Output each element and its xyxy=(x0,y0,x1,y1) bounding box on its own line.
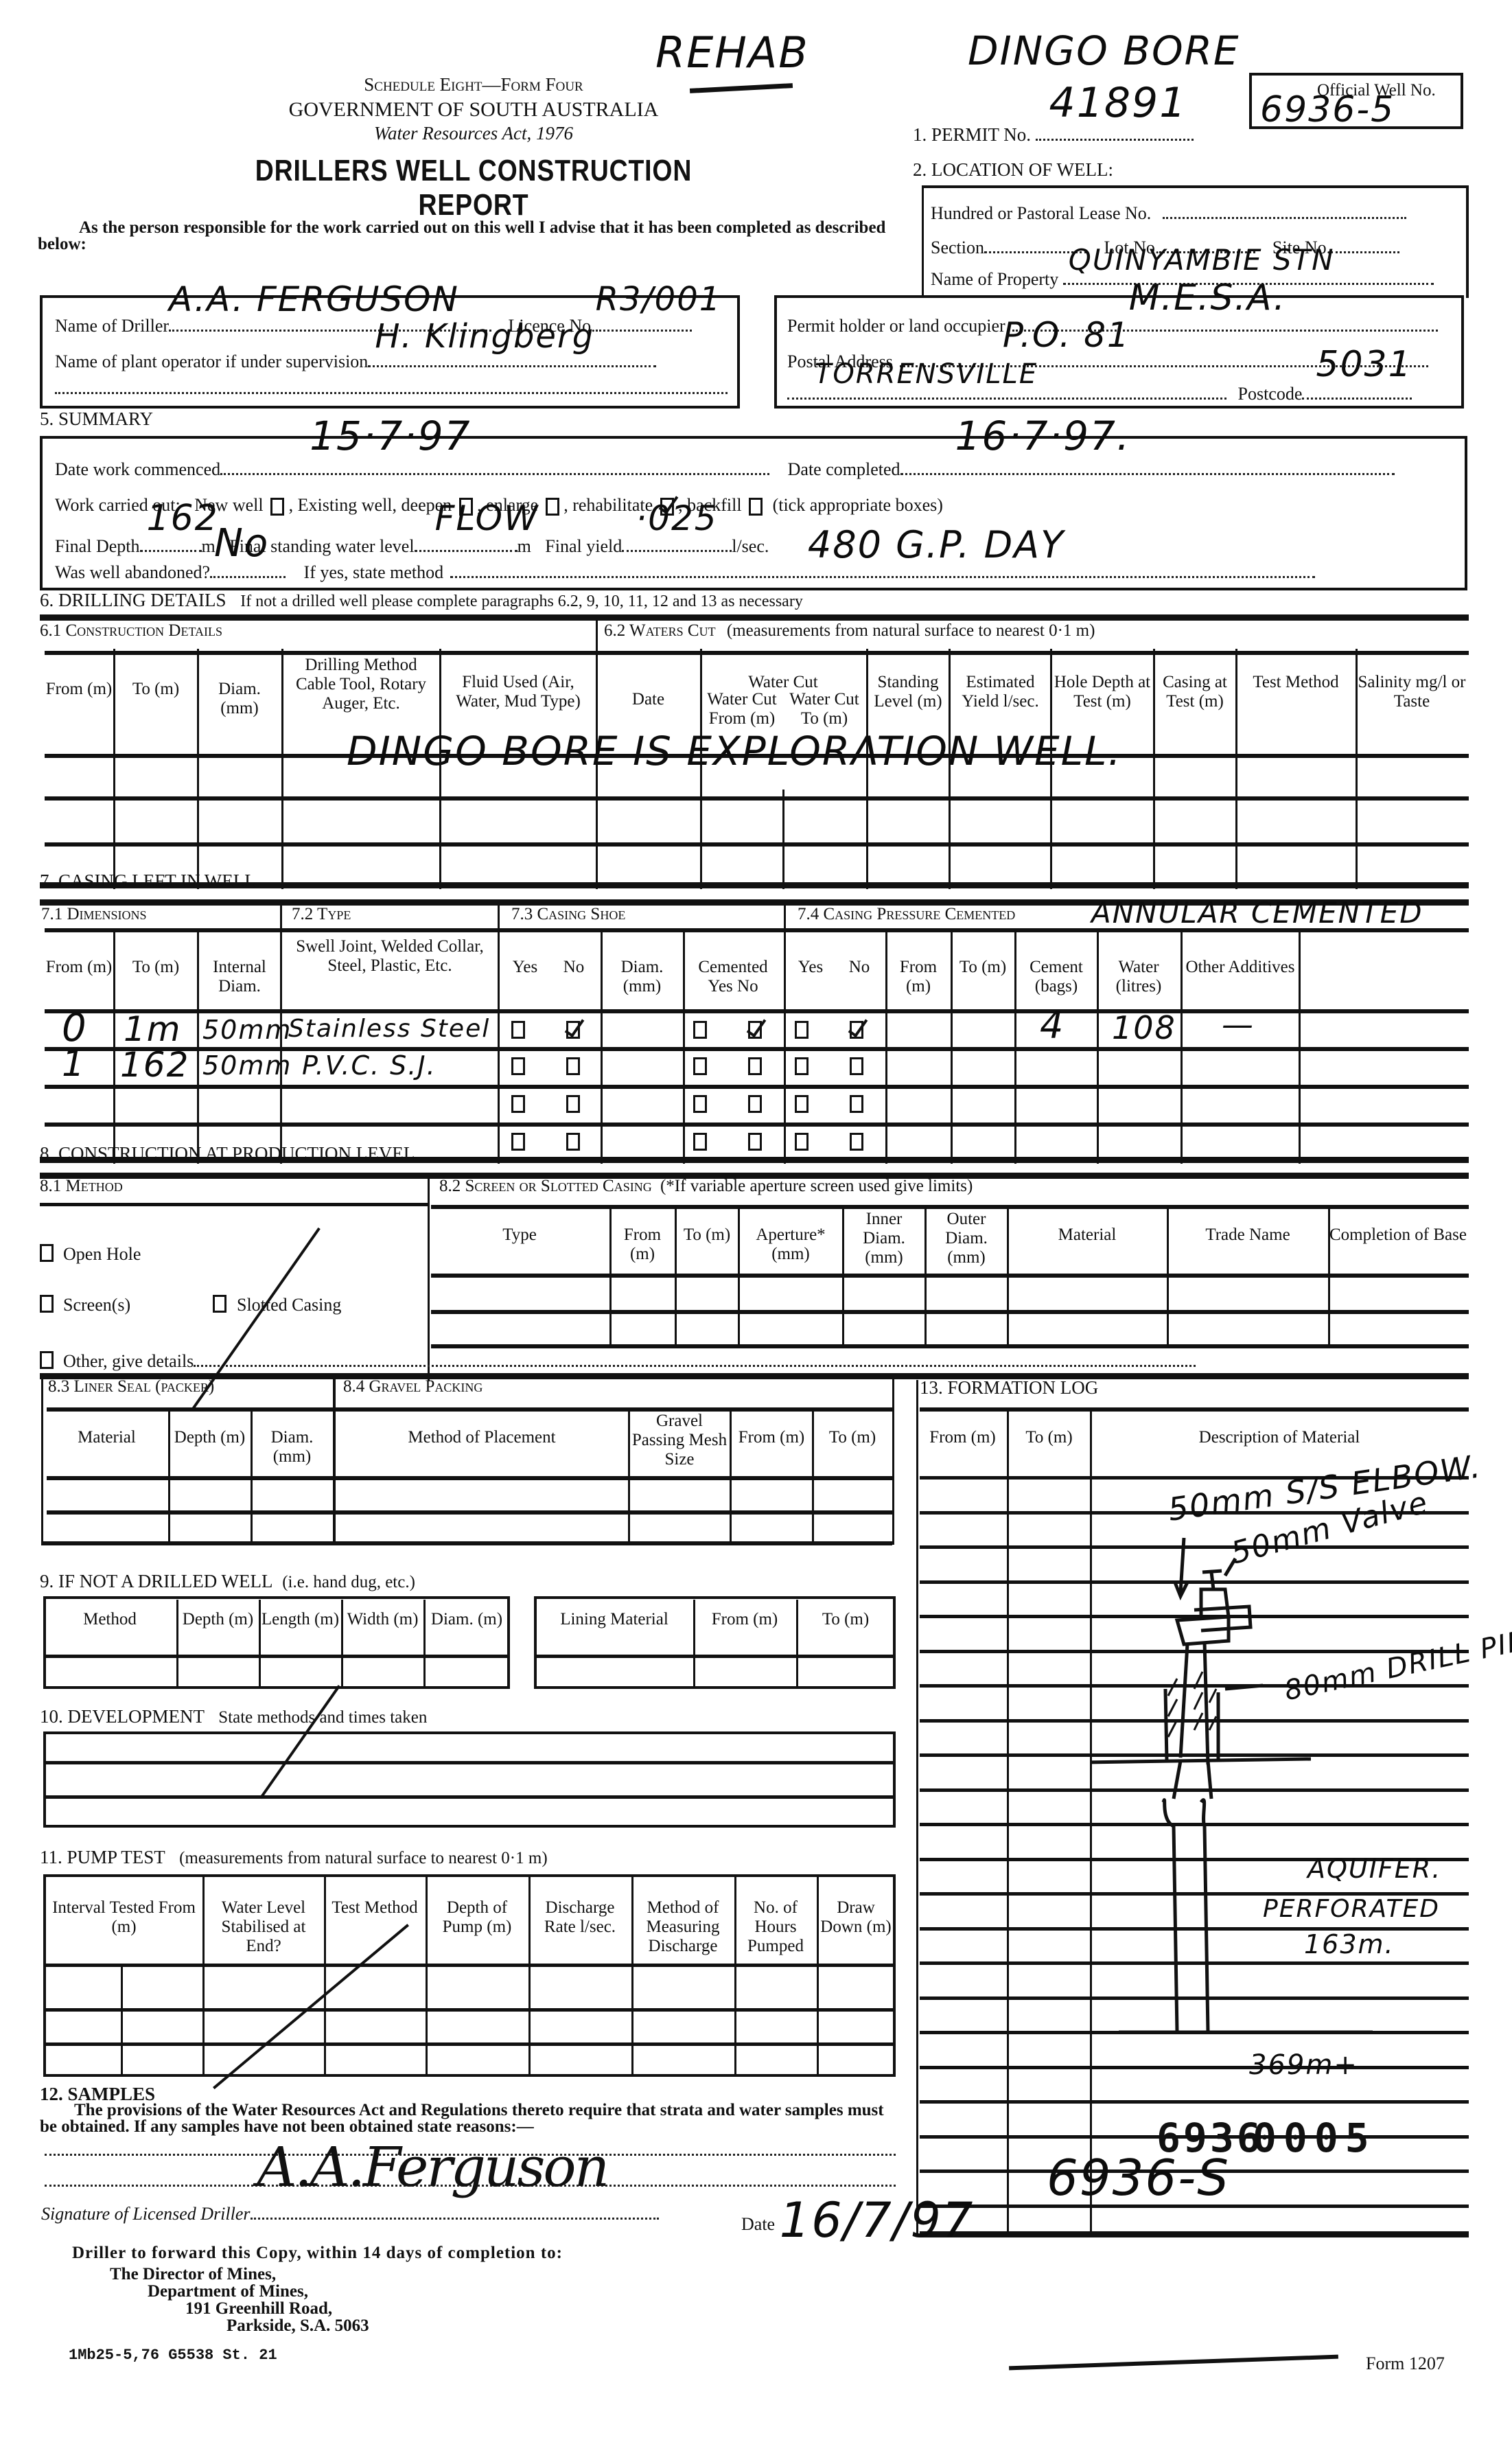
shoe-yes-r4[interactable] xyxy=(511,1133,525,1151)
casing-col-from: From (m) xyxy=(45,958,113,977)
liner-title: 8.3 Liner Seal (packer) xyxy=(48,1377,214,1396)
permit-holder-box: Permit holder or land occupier M.E.S.A. … xyxy=(774,295,1464,408)
dimensions-title: 7.1 Dimensions xyxy=(41,905,147,924)
casing-col-internal-diam: Internal Diam. xyxy=(199,958,280,996)
gravel-title: 8.4 Gravel Packing xyxy=(343,1377,482,1396)
pressure-col-to: To (m) xyxy=(952,958,1014,977)
formation-col-description: Description of Material xyxy=(1091,1428,1467,1447)
pressure-yes-r4[interactable] xyxy=(795,1133,809,1151)
signature-date-field[interactable]: Date 16/7/97 xyxy=(741,2204,974,2234)
cemented-no-r3[interactable] xyxy=(748,1095,762,1113)
commenced-field[interactable]: Date work commenced 15·7·97 Date complet… xyxy=(55,459,1395,479)
col-drilling-method: Drilling Method Cable Tool, Rotary Auger… xyxy=(285,656,437,713)
casing-row1-diam: 50mm xyxy=(202,1015,292,1045)
pressure-title: 7.4 Casing Pressure Cemented xyxy=(798,905,1015,924)
pressure-no-r2[interactable] xyxy=(850,1057,863,1075)
completed-value: 16·7·97. xyxy=(955,426,1131,446)
print-code: 1Mb25-5,76 G5538 St. 21 xyxy=(69,2347,277,2364)
shoe-yes-r2[interactable] xyxy=(511,1057,525,1075)
gravel-col-method: Method of Placement xyxy=(336,1428,627,1447)
pressure-note: ANNULAR CEMENTED xyxy=(1091,896,1423,930)
method-title: 8.1 Method xyxy=(40,1177,123,1196)
shoe-no-r3[interactable] xyxy=(566,1095,580,1113)
pressure-col-from: From (m) xyxy=(887,958,950,996)
licence-value: R3/001 xyxy=(596,290,722,310)
waters-cut-title: 6.2 Waters Cut (measurements from natura… xyxy=(604,621,1095,641)
declaration-text: As the person responsible for the work c… xyxy=(38,220,896,253)
screen-col-inner: Inner Diam. (mm) xyxy=(844,1210,924,1267)
permit-label: 1. PERMIT No. xyxy=(913,124,1031,145)
slotted-casing-label: Slotted Casing xyxy=(237,1295,341,1315)
col-wc-to: Water Cut To (m) xyxy=(784,690,865,728)
nd-col-width: Width (m) xyxy=(343,1610,422,1629)
forward-address: The Director of Mines, Department of Min… xyxy=(110,2266,369,2334)
pressure-col-water: Water (litres) xyxy=(1098,958,1179,996)
well-diagram-icon xyxy=(1091,1531,1380,2080)
shoe-yes-r1[interactable] xyxy=(511,1021,525,1039)
shoe-no-r2[interactable] xyxy=(566,1057,580,1075)
lining-col-from: From (m) xyxy=(695,1610,795,1629)
summary-title: 5. SUMMARY xyxy=(40,408,153,430)
production-title: 8. CONSTRUCTION AT PRODUCTION LEVEL xyxy=(40,1143,415,1164)
col-water-cut: Water Cut xyxy=(701,673,865,692)
screen-col-completion: Completion of Base xyxy=(1329,1225,1467,1245)
gravel-col-mesh: Gravel Passing Mesh Size xyxy=(630,1412,729,1469)
pump-test-title: 11. PUMP TEST (measurements from natural… xyxy=(40,1847,548,1868)
form-header: Schedule Eight—Form Four GOVERNMENT OF S… xyxy=(206,74,741,222)
yield-note: 480 G.P. DAY xyxy=(808,523,1065,566)
liner-col-material: Material xyxy=(47,1428,167,1447)
casing-row1-cement: 4 xyxy=(1040,1004,1065,1047)
samples-text: The provisions of the Water Resources Ac… xyxy=(40,2102,898,2135)
shoe-col-yes: Yes xyxy=(501,958,549,977)
signature-field[interactable]: Signature of Licensed Driller A.A.Fergus… xyxy=(41,2204,659,2224)
shoe-col-cemented: Cemented Yes No xyxy=(685,958,781,996)
rehab-annotation: REHAB xyxy=(655,27,809,78)
location-title: 2. LOCATION OF WELL: xyxy=(913,159,1113,181)
casing-row2-to: 162 xyxy=(120,1045,189,1085)
screen-col-to: To (m) xyxy=(676,1225,738,1245)
yield-field[interactable]: ·025 xyxy=(622,538,732,552)
cemented-no-r4[interactable] xyxy=(748,1133,762,1151)
signature-date-value: 16/7/97 xyxy=(780,2192,975,2248)
cemented-no-r1[interactable] xyxy=(748,1021,762,1039)
lining-col-material: Lining Material xyxy=(537,1610,692,1629)
operator-field[interactable]: Name of plant operator if under supervis… xyxy=(55,352,656,371)
driller-box: Name of Driller A.A. FERGUSON Licence No… xyxy=(40,295,740,408)
casing-row2-type: P.V.C. S.J. xyxy=(302,1050,437,1081)
government-label: GOVERNMENT OF SOUTH AUSTRALIA xyxy=(206,98,741,122)
casing-row1-other: — xyxy=(1222,1006,1255,1043)
casing-row2-from: 1 xyxy=(62,1044,86,1085)
pressure-yes-r3[interactable] xyxy=(795,1095,809,1113)
pressure-no-r4[interactable] xyxy=(850,1133,863,1151)
pump-col-depth: Depth of Pump (m) xyxy=(427,1898,527,1937)
screen-col-trade: Trade Name xyxy=(1168,1225,1327,1245)
casing-row1-type: Stainless Steel xyxy=(288,1015,490,1043)
yield-value: ·025 xyxy=(636,509,717,529)
driller-name-value: A.A. FERGUSON xyxy=(169,290,459,310)
act-label: Water Resources Act, 1976 xyxy=(206,123,741,144)
pump-col-water-level: Water Level Stabilised at End? xyxy=(205,1898,323,1956)
cemented-yes-r3[interactable] xyxy=(693,1095,707,1113)
new-well-checkbox[interactable] xyxy=(270,498,284,516)
permit-value: 41891 xyxy=(1049,93,1187,113)
construction-details-title: 6.1 Construction Details xyxy=(40,621,222,641)
shoe-col-no: No xyxy=(549,958,598,977)
col-fluid: Fluid Used (Air, Water, Mud Type) xyxy=(443,673,594,711)
casing-col-to: To (m) xyxy=(115,958,196,977)
col-to: To (m) xyxy=(115,680,196,699)
other-checkbox[interactable] xyxy=(40,1351,54,1369)
holder-value: M.E.S.A. xyxy=(1129,288,1286,308)
pressure-no-r3[interactable] xyxy=(850,1095,863,1113)
screen-col-outer: Outer Diam. (mm) xyxy=(926,1210,1007,1267)
signature-value: A.A.Ferguson xyxy=(257,2157,608,2177)
bottom-well-no: 6936-S xyxy=(1047,2149,1230,2207)
nd-col-method: Method xyxy=(45,1610,175,1629)
shoe-no-r1[interactable] xyxy=(566,1021,580,1039)
postcode-value: 5031 xyxy=(1316,355,1412,375)
pump-col-drawdown: Draw Down (m) xyxy=(818,1898,894,1937)
shoe-title: 7.3 Casing Shoe xyxy=(511,905,625,924)
abandoned-field[interactable]: Was well abandoned? No If yes, state met… xyxy=(55,562,1315,582)
development-box[interactable] xyxy=(43,1731,896,1828)
screen-col-material: Material xyxy=(1008,1225,1166,1245)
swl-value: FLOW xyxy=(435,509,539,529)
town-field[interactable]: TORRENSVILLE Postcode 5031 xyxy=(787,384,1412,404)
col-hole-depth: Hole Depth at Test (m) xyxy=(1051,673,1153,711)
hundred-field[interactable]: Hundred or Pastoral Lease No. xyxy=(931,203,1406,223)
final-depth-value: 162 xyxy=(147,509,219,529)
formation-log-title: 13. FORMATION LOG xyxy=(920,1377,1098,1399)
col-est-yield: Estimated Yield l/sec. xyxy=(951,673,1050,711)
casing-row1-to: 1m xyxy=(124,1009,182,1049)
final-values: Final Depth 162 m Final standing water l… xyxy=(55,529,1065,556)
forward-text: Driller to forward this Copy, within 14 … xyxy=(72,2244,563,2263)
col-test-method: Test Method xyxy=(1237,673,1355,692)
cemented-yes-r2[interactable] xyxy=(693,1057,707,1075)
stamp-right: 0005 xyxy=(1253,2115,1376,2161)
development-title: 10. DEVELOPMENT State methods and times … xyxy=(40,1706,427,1727)
pressure-col-cement: Cement (bags) xyxy=(1016,958,1097,996)
other-field[interactable]: Other, give details xyxy=(63,1351,1196,1371)
shoe-yes-r3[interactable] xyxy=(511,1095,525,1113)
abandoned-value: No xyxy=(214,533,269,553)
nd-col-diam: Diam. (m) xyxy=(426,1610,508,1629)
nd-col-depth: Depth (m) xyxy=(178,1610,257,1629)
col-salinity: Salinity mg/l or Taste xyxy=(1357,673,1467,711)
col-diam: Diam. (mm) xyxy=(199,680,280,718)
cemented-no-r2[interactable] xyxy=(748,1057,762,1075)
pump-col-discharge: Discharge Rate l/sec. xyxy=(530,1898,630,1937)
summary-box: Date work commenced 15·7·97 Date complet… xyxy=(40,436,1467,590)
operator-value: H. Klingberg xyxy=(375,327,594,347)
pressure-yes-r2[interactable] xyxy=(795,1057,809,1075)
casing-col-type: Swell Joint, Welded Collar, Steel, Plast… xyxy=(283,937,497,976)
bottom-underline xyxy=(1009,2355,1338,2371)
casing-title: 7. CASING LEFT IN WELL xyxy=(40,871,256,892)
pressure-col-other: Other Additives xyxy=(1182,958,1299,977)
open-hole-checkbox[interactable] xyxy=(40,1244,54,1262)
pressure-col-yes: Yes xyxy=(787,958,835,977)
bore-name-annotation: DINGO BORE xyxy=(968,27,1240,74)
pump-col-hours: No. of Hours Pumped xyxy=(736,1898,815,1956)
nd-col-length: Length (m) xyxy=(261,1610,340,1629)
pressure-yes-r1[interactable] xyxy=(795,1021,809,1039)
final-depth-field[interactable]: 162 xyxy=(140,538,202,552)
shoe-no-r4[interactable] xyxy=(566,1133,580,1151)
drilling-title: 6. DRILLING DETAILS If not a drilled wel… xyxy=(40,590,803,612)
open-hole-label: Open Hole xyxy=(63,1244,141,1264)
slotted-casing-checkbox[interactable] xyxy=(213,1295,226,1313)
cemented-yes-r4[interactable] xyxy=(693,1133,707,1151)
address-value: P.O. 81 xyxy=(1003,325,1130,345)
cemented-yes-r1[interactable] xyxy=(693,1021,707,1039)
not-drilled-title: 9. IF NOT A DRILLED WELL (i.e. hand dug,… xyxy=(40,1571,415,1592)
col-standing-level: Standing Level (m) xyxy=(868,673,949,711)
col-date: Date xyxy=(598,690,698,709)
type-title: 7.2 Type xyxy=(292,905,351,924)
screen-col-type: Type xyxy=(431,1225,608,1245)
pump-col-interval: Interval Tested From (m) xyxy=(47,1898,201,1937)
shoe-col-diam: Diam. (mm) xyxy=(603,958,682,996)
driller-name-field[interactable]: Name of Driller A.A. FERGUSON Licence No… xyxy=(55,316,692,336)
liner-col-depth: Depth (m) xyxy=(170,1428,249,1447)
screen-title: 8.2 Screen or Slotted Casing (*If variab… xyxy=(439,1177,973,1196)
commenced-value: 15·7·97 xyxy=(310,426,471,446)
screens-label: Screen(s) xyxy=(63,1295,130,1315)
enlarge-checkbox[interactable] xyxy=(546,498,559,516)
property-value: QUINYAMBIE STN xyxy=(1069,250,1335,270)
casing-row1-water: 108 xyxy=(1112,1009,1176,1046)
formation-row-line xyxy=(920,2100,1469,2104)
formation-col-from: From (m) xyxy=(920,1428,1005,1447)
page-title: DRILLERS WELL CONSTRUCTION REPORT xyxy=(246,154,701,222)
pump-col-measuring: Method of Measuring Discharge xyxy=(633,1898,733,1956)
col-wc-from: Water Cut From (m) xyxy=(701,690,782,728)
drilling-note: DINGO BORE IS EXPLORATION WELL. xyxy=(347,728,1122,774)
screens-checkbox[interactable] xyxy=(40,1295,54,1313)
pressure-col-no: No xyxy=(835,958,884,977)
town-value: TORRENSVILLE xyxy=(815,365,1038,384)
gravel-col-from: From (m) xyxy=(732,1428,811,1447)
screen-col-aperture: Aperture* (mm) xyxy=(739,1225,842,1264)
liner-col-diam: Diam. (mm) xyxy=(253,1428,332,1466)
form-number: Form 1207 xyxy=(1366,2353,1445,2374)
casing-row2-diam: 50mm xyxy=(202,1050,292,1081)
gravel-col-to: To (m) xyxy=(814,1428,891,1447)
backfill-checkbox[interactable] xyxy=(749,498,763,516)
pressure-no-r1[interactable] xyxy=(850,1021,863,1039)
col-from: From (m) xyxy=(45,680,113,699)
formation-col-to: To (m) xyxy=(1009,1428,1089,1447)
swl-field[interactable]: FLOW xyxy=(415,538,517,552)
official-well-value: 6936-5 xyxy=(1260,89,1395,130)
schedule-label: Schedule Eight—Form Four xyxy=(206,74,741,95)
col-casing-test: Casing at Test (m) xyxy=(1154,673,1235,711)
lining-col-to: To (m) xyxy=(798,1610,894,1629)
permit-field[interactable]: 1. PERMIT No. 41891 xyxy=(913,122,1235,145)
official-well-box[interactable]: Official Well No. 6936-5 xyxy=(1249,73,1463,129)
pump-col-test-method: Test Method xyxy=(325,1898,424,1918)
screen-col-from: From (m) xyxy=(611,1225,674,1264)
